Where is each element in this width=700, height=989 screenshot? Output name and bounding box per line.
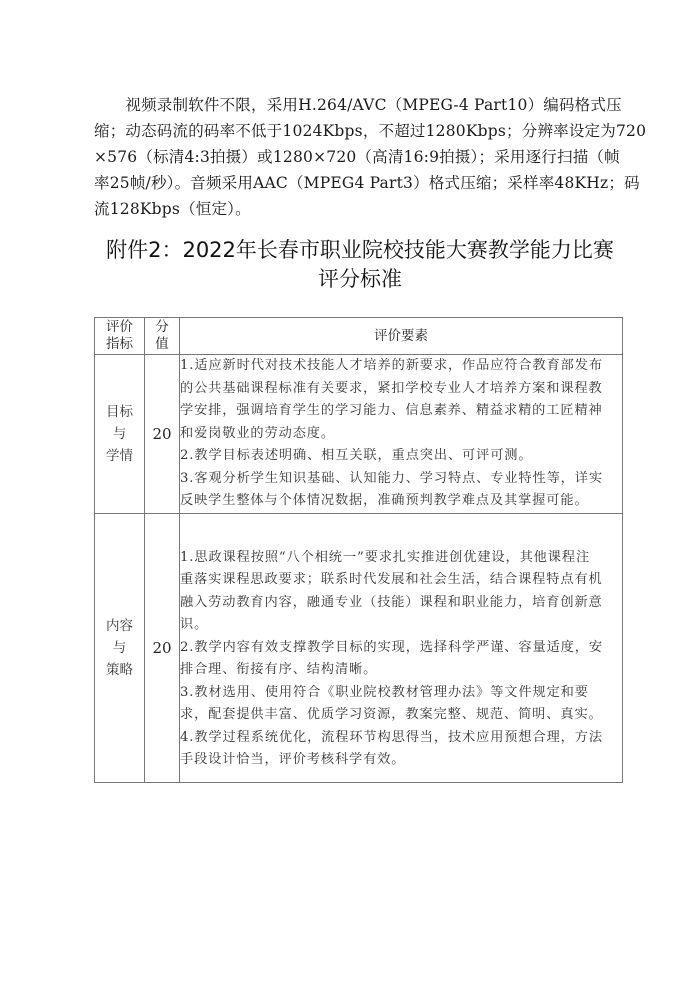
indicator-line: 学情 [95, 445, 144, 467]
intro-line: 视频录制软件不限，采用H.264/AVC（MPEG-4 Part10）编码格式压 [94, 92, 624, 118]
element-line: 重落实课程思政要求；联系时代发展和社会生活，结合课程特点有机 [180, 569, 622, 592]
row-elements: 1.适应新时代对技术技能人才培养的新要求，作品应符合教育部发布 的公共基础课程标… [180, 355, 623, 514]
attachment-title: 附件2：2022年长春市职业院校技能大赛教学能力比赛 评分标准 [60, 236, 660, 294]
row-score: 20 [145, 513, 180, 782]
table-header-row: 评价 指标 分 值 评价要素 [95, 318, 623, 355]
indicator-line: 与 [95, 423, 144, 445]
element-line: 的公共基础课程标准有关要求，紧扣学校专业人才培养方案和课程教 [180, 378, 622, 401]
indicator-line: 与 [95, 637, 144, 659]
attachment-title-line2: 评分标准 [60, 265, 660, 294]
row-indicator: 内容 与 策略 [95, 513, 145, 782]
element-line: 手段设计恰当，评价考核科学有效。 [180, 749, 622, 772]
indicator-line: 内容 [95, 615, 144, 637]
header-score-line: 值 [145, 336, 179, 353]
scoring-table: 评价 指标 分 值 评价要素 目标 与 学情 20 1.适应新时代对技术技能人才… [94, 317, 623, 783]
header-score: 分 值 [145, 318, 180, 355]
element-line: 3.客观分析学生知识基础、认知能力、学习特点、专业特性等，详实 [180, 468, 622, 491]
intro-line: 率25帧/秒）。音频采用AAC（MPEG4 Part3）格式压缩；采样率48KH… [94, 170, 624, 196]
indicator-line: 策略 [95, 659, 144, 681]
element-line: 2.教学目标表述明确、相互关联，重点突出、可评可测。 [180, 445, 622, 468]
element-line: 学安排，强调培育学生的学习能力、信息素养、精益求精的工匠精神 [180, 400, 622, 423]
element-line: 4.教学过程系统优化，流程环节构思得当，技术应用预想合理，方法 [180, 727, 622, 750]
element-line: 求，配套提供丰富、优质学习资源，教案完整、规范、简明、真实。 [180, 704, 622, 727]
table-row: 目标 与 学情 20 1.适应新时代对技术技能人才培养的新要求，作品应符合教育部… [95, 355, 623, 514]
attachment-title-line1: 附件2：2022年长春市职业院校技能大赛教学能力比赛 [60, 236, 660, 265]
table-row: 内容 与 策略 20 1.思政课程按照“八个相统一”要求扎实推进创优建设，其他课… [95, 513, 623, 782]
element-line: 1.思政课程按照“八个相统一”要求扎实推进创优建设，其他课程注 [180, 547, 622, 570]
header-indicator-line: 评价 [95, 319, 144, 336]
header-indicator-line: 指标 [95, 336, 144, 353]
header-score-line: 分 [145, 319, 179, 336]
element-line: 融入劳动教育内容，融通专业（技能）课程和职业能力，培育创新意 [180, 592, 622, 615]
row-elements: 1.思政课程按照“八个相统一”要求扎实推进创优建设，其他课程注 重落实课程思政要… [180, 513, 623, 782]
indicator-line: 目标 [95, 401, 144, 423]
element-line: 1.适应新时代对技术技能人才培养的新要求，作品应符合教育部发布 [180, 355, 622, 378]
element-line: 3.教材选用、使用符合《职业院校教材管理办法》等文件规定和要 [180, 682, 622, 705]
intro-line: ×576（标清4:3拍摄）或1280×720（高清16:9拍摄）；采用逐行扫描（… [94, 144, 624, 170]
row-score: 20 [145, 355, 180, 514]
intro-line: 缩；动态码流的码率不低于1024Kbps，不超过1280Kbps；分辨率设定为7… [94, 118, 624, 144]
header-elements: 评价要素 [180, 318, 623, 355]
element-line: 排合理、衔接有序、结构清晰。 [180, 659, 622, 682]
element-line: 2.教学内容有效支撑教学目标的实现，选择科学严谨、容量适度，安 [180, 637, 622, 660]
intro-line: 流128Kbps（恒定）。 [94, 196, 624, 222]
row-indicator: 目标 与 学情 [95, 355, 145, 514]
header-indicator: 评价 指标 [95, 318, 145, 355]
intro-paragraph: 视频录制软件不限，采用H.264/AVC（MPEG-4 Part10）编码格式压… [94, 92, 624, 222]
element-line: 识。 [180, 614, 622, 637]
element-line: 和爱岗敬业的劳动态度。 [180, 423, 622, 446]
element-line: 反映学生整体与个体情况数据，准确预判教学难点及其掌握可能。 [180, 490, 622, 513]
